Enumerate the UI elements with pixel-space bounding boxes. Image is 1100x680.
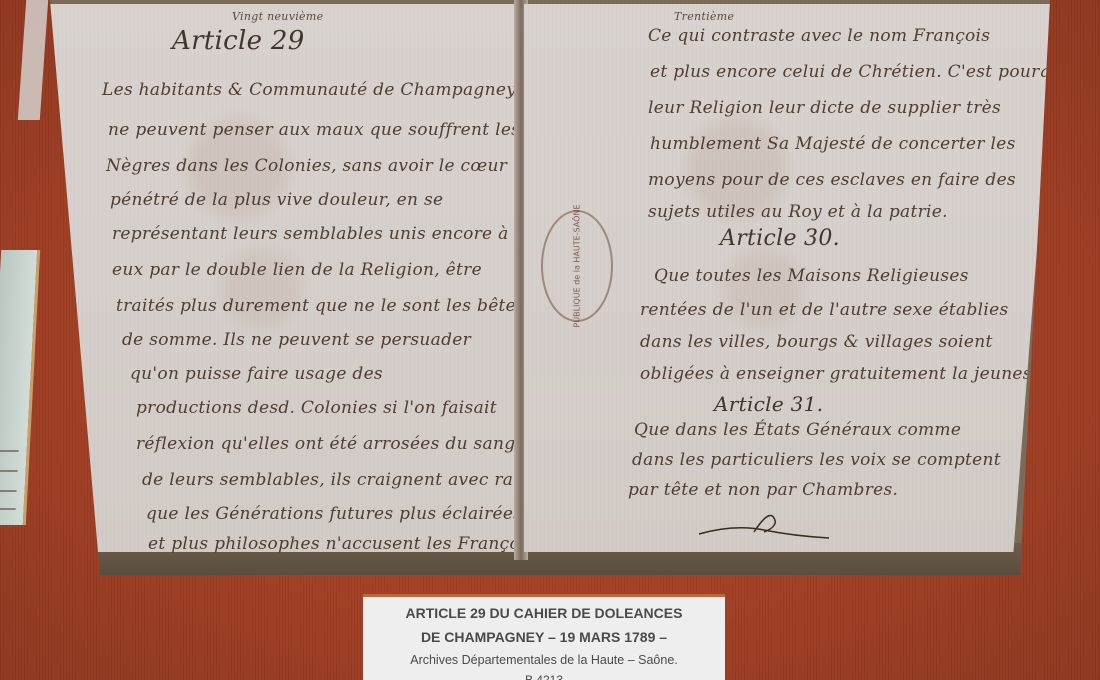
article-31-heading: Article 31.	[714, 392, 823, 416]
manuscript-line: par tête et non par Chambres.	[628, 480, 898, 500]
stamp-text: PUBLIQUE de la HAUTE-SAÔNE	[573, 204, 582, 327]
manuscript-line: Ce qui contraste avec le nom François	[648, 26, 990, 46]
manuscript-line: rentées de l'un et de l'autre sexe établ…	[640, 300, 1009, 320]
manuscript-line: moyens pour de ces esclaves en faire des	[648, 170, 1016, 190]
manuscript-line: humblement Sa Majesté de concerter les	[650, 134, 1016, 154]
heading-annotation: Vingt neuvième	[232, 10, 323, 23]
manuscript-line: ne peuvent penser aux maux que souffrent…	[108, 120, 520, 140]
caption-reference: B 4213	[363, 673, 725, 680]
caption-source: Archives Départementales de la Haute – S…	[363, 653, 725, 667]
manuscript-line: et plus philosophes n'accusent les Franç…	[148, 534, 535, 554]
left-page: Vingt neuvième Article 29 Les habitants …	[50, 4, 520, 552]
manuscript-line: et plus encore celui de Chrétien. C'est …	[650, 62, 1078, 82]
manuscript-line: Que toutes les Maisons Religieuses	[654, 266, 969, 286]
manuscript-line: réflexion qu'elles ont été arrosées du s…	[136, 434, 515, 454]
manuscript-line: Les habitants & Communauté de Champagney	[102, 80, 516, 100]
manuscript-line: eux par le double lien de la Religion, ê…	[112, 260, 482, 280]
scribble	[0, 490, 17, 492]
manuscript-line: sujets utiles au Roy et à la patrie.	[648, 202, 948, 222]
caption-card: ARTICLE 29 DU CAHIER DE DOLEANCES DE CHA…	[363, 597, 725, 680]
scribble	[0, 450, 19, 452]
article-29-heading: Article 29	[172, 26, 305, 56]
manuscript-line: pénétré de la plus vive douleur, en se	[110, 190, 443, 210]
manuscript-line: traités plus durement que ne le sont les…	[116, 296, 525, 316]
manuscript-line: qu'on puisse faire usage des	[130, 364, 383, 384]
caption-title-line-2: DE CHAMPAGNEY – 19 MARS 1789 –	[363, 629, 725, 645]
signature-flourish-icon	[694, 504, 834, 544]
scribble	[0, 470, 18, 472]
manuscript-line: que les Générations futures plus éclairé…	[146, 504, 522, 524]
archive-stamp: PUBLIQUE de la HAUTE-SAÔNE	[541, 210, 613, 322]
manuscript-line: productions desd. Colonies si l'on faisa…	[136, 398, 497, 418]
caption-title-line-1: ARTICLE 29 DU CAHIER DE DOLEANCES	[363, 605, 725, 621]
manuscript-line: obligées à enseigner gratuitement la jeu…	[640, 364, 1057, 384]
manuscript-line: de somme. Ils ne peuvent se persuader	[122, 330, 471, 350]
manuscript-line: Que dans les États Généraux comme	[634, 420, 961, 440]
article-30-heading: Article 30.	[720, 226, 840, 251]
heading-annotation: Trentième	[674, 10, 734, 23]
manuscript-line: Nègres dans les Colonies, sans avoir le …	[106, 156, 507, 176]
manuscript-line: représentant leurs semblables unis encor…	[112, 224, 509, 244]
adjacent-document-strip	[0, 250, 40, 525]
manuscript-photo: Vingt neuvième Article 29 Les habitants …	[50, 0, 1050, 575]
manuscript-line: dans les particuliers les voix se compte…	[632, 450, 1001, 470]
manuscript-line: leur Religion leur dicte de supplier trè…	[648, 98, 1001, 118]
scribble	[0, 508, 16, 510]
adjacent-document-top	[18, 0, 48, 120]
manuscript-line: de leurs semblables, ils craignent avec …	[142, 470, 550, 490]
manuscript-line: dans les villes, bourgs & villages soien…	[640, 332, 993, 352]
